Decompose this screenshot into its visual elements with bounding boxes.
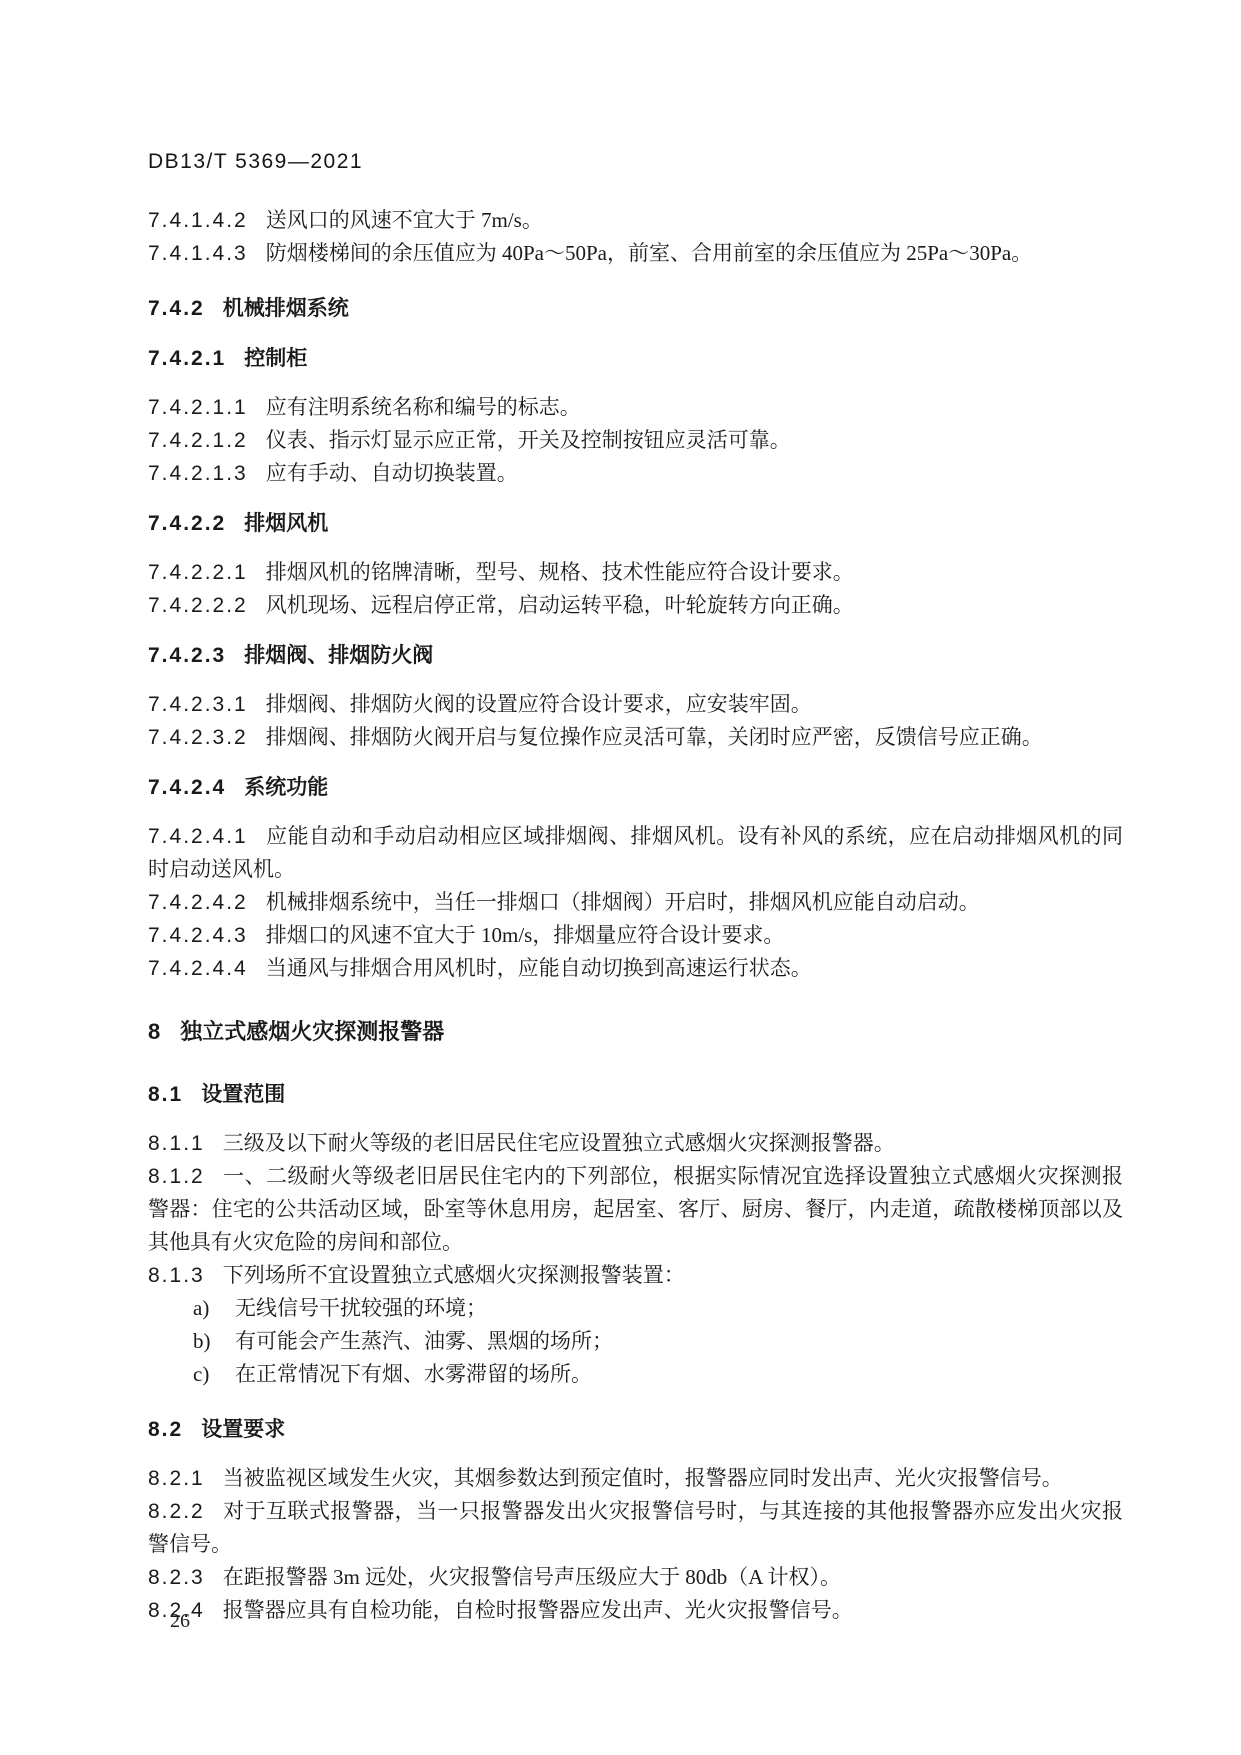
- clause-text: 下列场所不宜设置独立式感烟火灾探测报警装置：: [223, 1263, 685, 1287]
- clause-text: 排烟风机: [244, 512, 328, 535]
- clause-paragraph-7-4-2-2-2: 7.4.2.2.2风机现场、远程启停正常，启动运转平稳，叶轮旋转方向正确。: [148, 589, 1123, 622]
- clause-text: 机械排烟系统中，当任一排烟口（排烟阀）开启时，排烟风机应能自动启动。: [266, 890, 980, 914]
- clause-number: 8.1: [148, 1083, 183, 1106]
- clause-text: 应有手动、自动切换装置。: [266, 461, 518, 485]
- clause-number: 7.4.2.4.4: [148, 957, 248, 980]
- clause-paragraph-7-4-2-4-4: 7.4.2.4.4当通风与排烟合用风机时，应能自动切换到高速运行状态。: [148, 952, 1123, 985]
- clause-text: 独立式感烟火灾探测报警器: [180, 1019, 444, 1044]
- clause-paragraph-7-4-2-1-2: 7.4.2.1.2仪表、指示灯显示应正常，开关及控制按钮应灵活可靠。: [148, 424, 1123, 457]
- document-body: 7.4.1.4.2送风口的风速不宜大于 7m/s。7.4.1.4.3防烟楼梯间的…: [148, 204, 1123, 1627]
- clause-text: 排烟风机的铭牌清晰，型号、规格、技术性能应符合设计要求。: [266, 560, 854, 584]
- clause-number: 7.4.2.3.2: [148, 726, 248, 749]
- subsection-heading-7-4-2-4: 7.4.2.4系统功能: [148, 771, 1123, 804]
- clause-text: 无线信号干扰较强的环境；: [235, 1296, 487, 1320]
- clause-paragraph-8-1-1: 8.1.1三级及以下耐火等级的老旧居民住宅应设置独立式感烟火灾探测报警器。: [148, 1127, 1123, 1160]
- clause-paragraph-8-1-2: 8.1.2一、二级耐火等级老旧居民住宅内的下列部位，根据实际情况宜选择设置独立式…: [148, 1160, 1123, 1259]
- clause-number: 7.4.2.1.1: [148, 396, 248, 419]
- clause-text: 当通风与排烟合用风机时，应能自动切换到高速运行状态。: [266, 956, 812, 980]
- clause-text: 排烟口的风速不宜大于 10m/s，排烟量应符合设计要求。: [266, 923, 785, 947]
- clause-number: 8.2.3: [148, 1566, 205, 1589]
- page-number: 26: [170, 1610, 190, 1633]
- clause-number: 7.4.2.1: [148, 347, 226, 370]
- clause-text: 对于互联式报警器，当一只报警器发出火灾报警信号时，与其连接的其他报警器亦应发出火…: [148, 1499, 1123, 1556]
- clause-number: 8.2.1: [148, 1467, 205, 1490]
- document-page: DB13/T 5369—2021 7.4.1.4.2送风口的风速不宜大于 7m/…: [0, 0, 1241, 1755]
- clause-number: 8.1.1: [148, 1132, 205, 1155]
- clause-paragraph-7-4-1-4-3: 7.4.1.4.3防烟楼梯间的余压值应为 40Pa～50Pa，前室、合用前室的余…: [148, 237, 1123, 270]
- clause-text: 设置要求: [201, 1418, 285, 1441]
- clause-number: 8.1.2: [148, 1165, 205, 1188]
- clause-number: c): [193, 1358, 217, 1391]
- clause-text: 控制柜: [244, 347, 307, 370]
- clause-number: 7.4.2.4: [148, 776, 226, 799]
- document-content: DB13/T 5369—2021 7.4.1.4.2送风口的风速不宜大于 7m/…: [148, 150, 1123, 1627]
- clause-paragraph-7-4-2-4-2: 7.4.2.4.2机械排烟系统中，当任一排烟口（排烟阀）开启时，排烟风机应能自动…: [148, 886, 1123, 919]
- chapter-heading-8: 8独立式感烟火灾探测报警器: [148, 1015, 1123, 1048]
- clause-text: 排烟阀、排烟防火阀的设置应符合设计要求，应安装牢固。: [266, 692, 812, 716]
- clause-text: 送风口的风速不宜大于 7m/s。: [266, 208, 543, 232]
- clause-number: 7.4.2.4.1: [148, 825, 248, 848]
- clause-number: 7.4.2.2.2: [148, 594, 248, 617]
- clause-number: 7.4.2.4.3: [148, 924, 248, 947]
- clause-paragraph-8-2-2: 8.2.2对于互联式报警器，当一只报警器发出火灾报警信号时，与其连接的其他报警器…: [148, 1495, 1123, 1561]
- clause-number: 8: [148, 1019, 162, 1044]
- clause-number: 7.4.2.1.3: [148, 462, 248, 485]
- clause-number: 7.4.2: [148, 297, 205, 320]
- clause-number: 7.4.2.2.1: [148, 561, 248, 584]
- clause-text: 应有注明系统名称和编号的标志。: [266, 395, 581, 419]
- clause-paragraph-7-4-2-4-3: 7.4.2.4.3排烟口的风速不宜大于 10m/s，排烟量应符合设计要求。: [148, 919, 1123, 952]
- clause-paragraph-7-4-2-1-3: 7.4.2.1.3应有手动、自动切换装置。: [148, 457, 1123, 490]
- clause-paragraph-7-4-2-4-1: 7.4.2.4.1应能自动和手动启动相应区域排烟阀、排烟风机。设有补风的系统，应…: [148, 820, 1123, 886]
- clause-paragraph-8-1-3: 8.1.3下列场所不宜设置独立式感烟火灾探测报警装置：: [148, 1259, 1123, 1292]
- subsection-heading-7-4-2-3: 7.4.2.3排烟阀、排烟防火阀: [148, 639, 1123, 672]
- clause-text: 系统功能: [244, 776, 328, 799]
- clause-paragraph-8-2-1: 8.2.1当被监视区域发生火灾，其烟参数达到预定值时，报警器应同时发出声、光火灾…: [148, 1462, 1123, 1495]
- clause-number: 8.2.2: [148, 1500, 205, 1523]
- clause-text: 报警器应具有自检功能，自检时报警器应发出声、光火灾报警信号。: [223, 1598, 853, 1622]
- subsection-heading-7-4-2-1: 7.4.2.1控制柜: [148, 342, 1123, 375]
- clause-text: 在正常情况下有烟、水雾滞留的场所。: [235, 1362, 592, 1386]
- clause-paragraph-8-2-4: 8.2.4报警器应具有自检功能，自检时报警器应发出声、光火灾报警信号。: [148, 1594, 1123, 1627]
- clause-paragraph-7-4-2-1-1: 7.4.2.1.1应有注明系统名称和编号的标志。: [148, 391, 1123, 424]
- clause-paragraph-7-4-2-3-2: 7.4.2.3.2排烟阀、排烟防火阀开启与复位操作应灵活可靠，关闭时应严密，反馈…: [148, 721, 1123, 754]
- clause-number: 7.4.2.3: [148, 644, 226, 667]
- clause-paragraph-7-4-2-3-1: 7.4.2.3.1排烟阀、排烟防火阀的设置应符合设计要求，应安装牢固。: [148, 688, 1123, 721]
- list-item-b: b)有可能会产生蒸汽、油雾、黑烟的场所；: [148, 1325, 1123, 1358]
- section-heading-8-2: 8.2设置要求: [148, 1413, 1123, 1446]
- standard-number-header: DB13/T 5369—2021: [148, 150, 1123, 174]
- clause-text: 一、二级耐火等级老旧居民住宅内的下列部位，根据实际情况宜选择设置独立式感烟火灾探…: [148, 1164, 1123, 1254]
- clause-text: 防烟楼梯间的余压值应为 40Pa～50Pa，前室、合用前室的余压值应为 25Pa…: [266, 241, 1033, 265]
- subsection-heading-7-4-2-2: 7.4.2.2排烟风机: [148, 507, 1123, 540]
- clause-paragraph-8-2-3: 8.2.3在距报警器 3m 远处，火灾报警信号声压级应大于 80db（A 计权）…: [148, 1561, 1123, 1594]
- clause-number: 7.4.1.4.3: [148, 242, 248, 265]
- clause-number: 8.2: [148, 1418, 183, 1441]
- clause-paragraph-7-4-2-2-1: 7.4.2.2.1排烟风机的铭牌清晰，型号、规格、技术性能应符合设计要求。: [148, 556, 1123, 589]
- section-heading-7-4-2: 7.4.2机械排烟系统: [148, 292, 1123, 325]
- clause-number: 8.1.3: [148, 1264, 205, 1287]
- clause-text: 有可能会产生蒸汽、油雾、黑烟的场所；: [235, 1329, 613, 1353]
- list-item-c: c)在正常情况下有烟、水雾滞留的场所。: [148, 1358, 1123, 1391]
- list-item-a: a)无线信号干扰较强的环境；: [148, 1292, 1123, 1325]
- clause-text: 仪表、指示灯显示应正常，开关及控制按钮应灵活可靠。: [266, 428, 791, 452]
- clause-number: 7.4.1.4.2: [148, 209, 248, 232]
- clause-text: 当被监视区域发生火灾，其烟参数达到预定值时，报警器应同时发出声、光火灾报警信号。: [223, 1466, 1063, 1490]
- clause-text: 应能自动和手动启动相应区域排烟阀、排烟风机。设有补风的系统，应在启动排烟风机的同…: [148, 824, 1123, 881]
- clause-text: 在距报警器 3m 远处，火灾报警信号声压级应大于 80db（A 计权）。: [223, 1565, 841, 1589]
- clause-number: b): [193, 1325, 217, 1358]
- clause-text: 三级及以下耐火等级的老旧居民住宅应设置独立式感烟火灾探测报警器。: [223, 1131, 895, 1155]
- clause-number: 7.4.2.2: [148, 512, 226, 535]
- clause-text: 机械排烟系统: [223, 297, 349, 320]
- clause-number: 7.4.2.4.2: [148, 891, 248, 914]
- section-heading-8-1: 8.1设置范围: [148, 1078, 1123, 1111]
- clause-text: 排烟阀、排烟防火阀开启与复位操作应灵活可靠，关闭时应严密，反馈信号应正确。: [266, 725, 1043, 749]
- clause-paragraph-7-4-1-4-2: 7.4.1.4.2送风口的风速不宜大于 7m/s。: [148, 204, 1123, 237]
- clause-number: 7.4.2.1.2: [148, 429, 248, 452]
- clause-text: 设置范围: [201, 1083, 285, 1106]
- clause-number: a): [193, 1292, 217, 1325]
- clause-number: 7.4.2.3.1: [148, 693, 248, 716]
- clause-text: 排烟阀、排烟防火阀: [244, 644, 433, 667]
- clause-text: 风机现场、远程启停正常，启动运转平稳，叶轮旋转方向正确。: [266, 593, 854, 617]
